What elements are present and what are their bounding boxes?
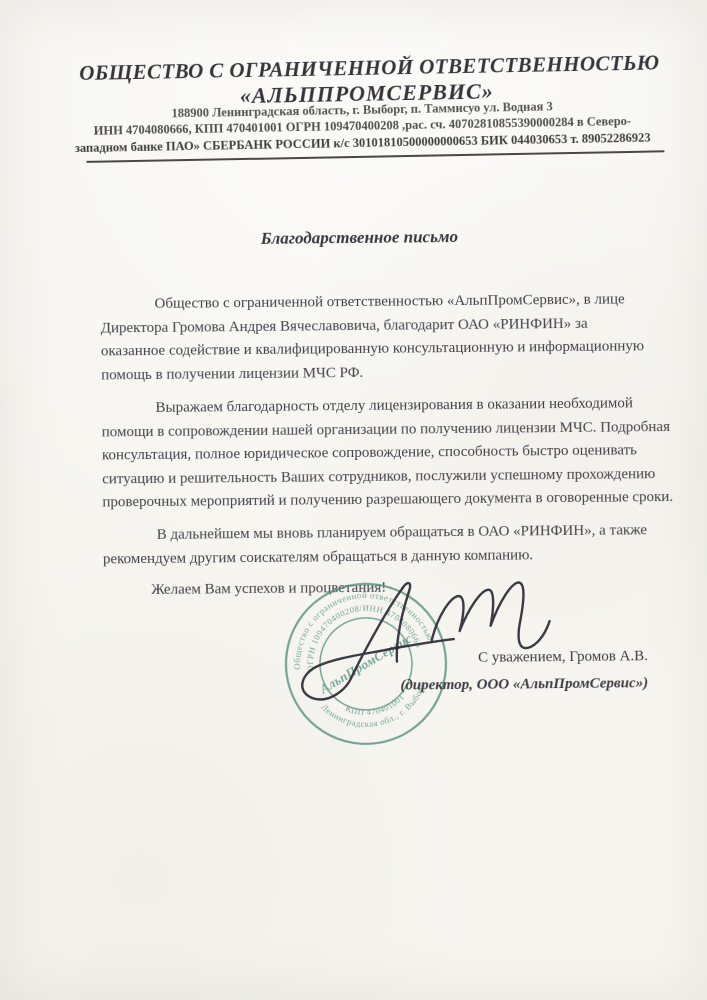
signature-position: (директор, ООО «АльпПромСервис») [396,675,648,694]
document-title: Благодарственное письмо [0,225,707,252]
scan-tilt-wrapper: ОБЩЕСТВО С ОГРАНИЧЕННОЙ ОТВЕТСТВЕННОСТЬЮ… [0,0,707,1000]
svg-text:КПП 470401001: КПП 470401001 [342,690,408,722]
body-paragraph-1: Общество с ограниченной ответственностью… [100,288,686,388]
letterhead: ОБЩЕСТВО С ОГРАНИЧЕННОЙ ОТВЕТСТВЕННОСТЬЮ… [0,0,705,6]
body-paragraph-3: В дальнейшем мы вновь планируем обращать… [103,519,688,572]
scanned-letter-page: ОБЩЕСТВО С ОГРАНИЧЕННОЙ ОТВЕТСТВЕННОСТЬЮ… [0,0,707,1000]
body-paragraph-2: Выражаем благодарность отделу лицензиров… [101,392,687,516]
signature-block: С уважением, Громов А.В. (директор, ООО … [396,648,648,694]
stamp-ring-text-bottom-inner: КПП 470401001 [342,690,408,722]
closing-wish: Желаем Вам успехов и процветания! [103,574,688,603]
signature-regards: С уважением, Громов А.В. [396,648,648,667]
